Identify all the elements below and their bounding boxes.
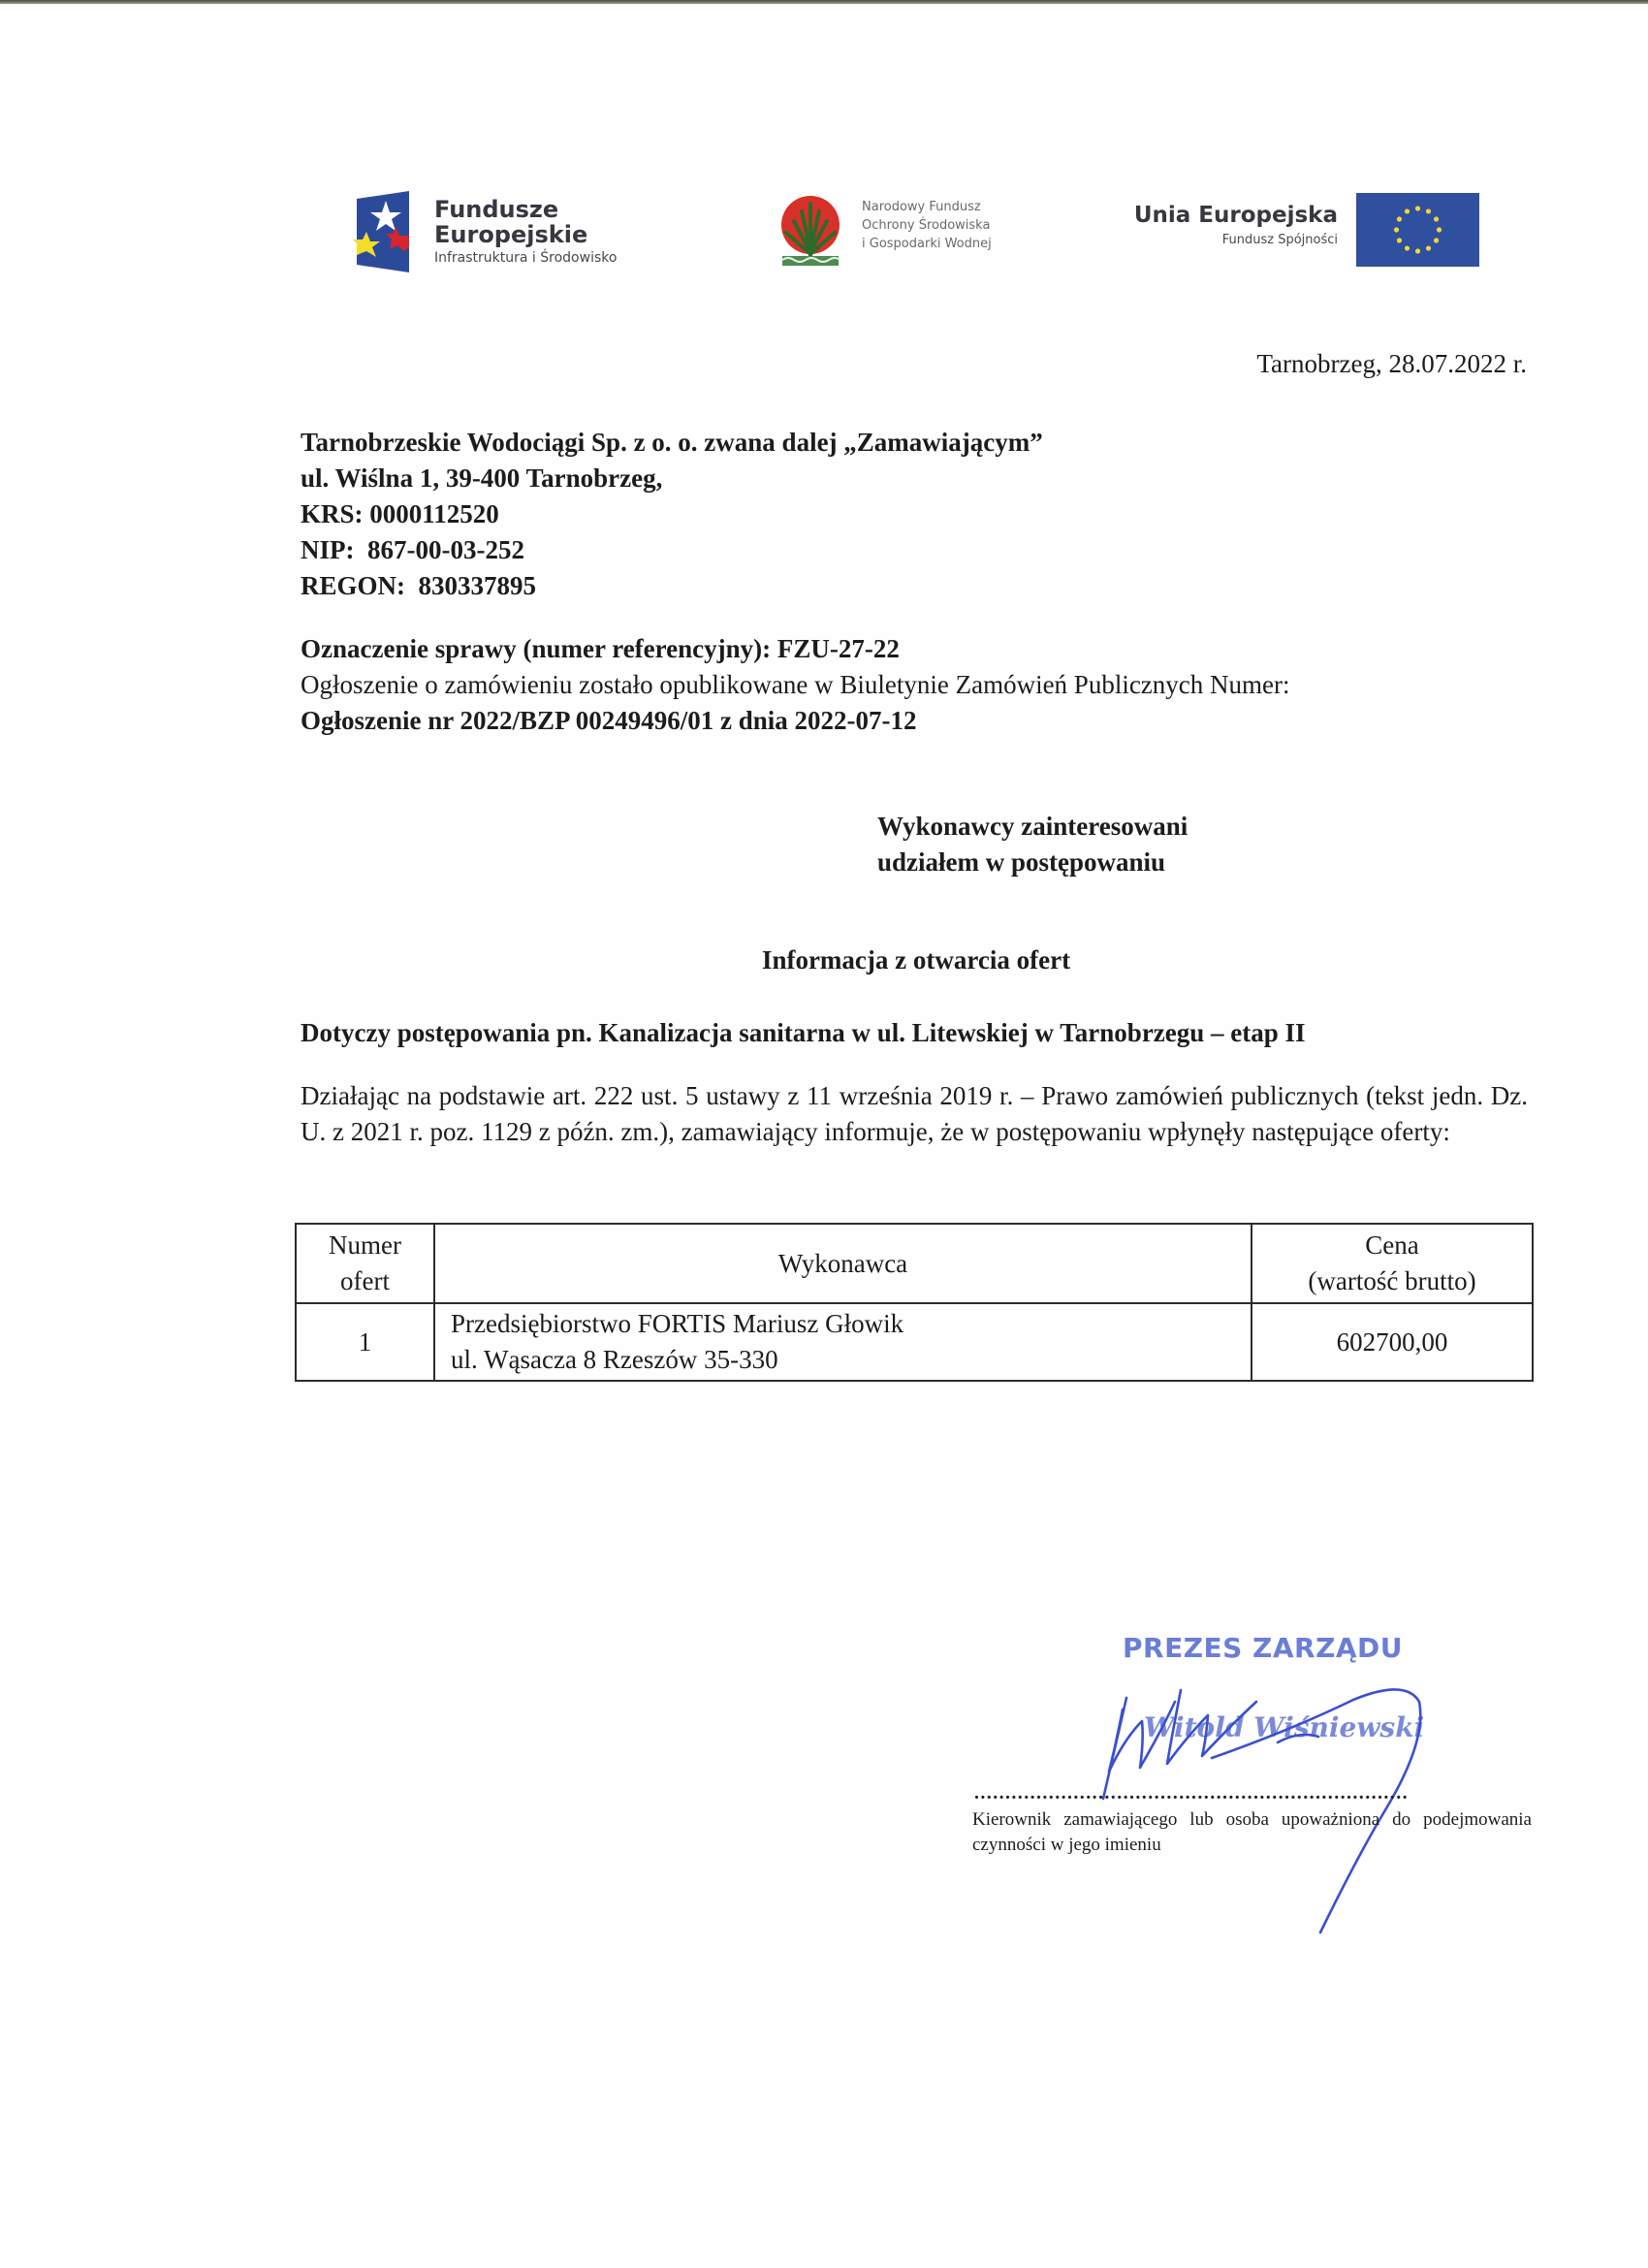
legal-basis-paragraph: Działając na podstawie art. 222 ust. 5 u… xyxy=(301,1078,1528,1150)
orderer-regon: REGON: 830337895 xyxy=(301,568,1043,604)
header-price: Cena (wartość brutto) xyxy=(1252,1224,1533,1303)
document-date: Tarnobrzeg, 28.07.2022 r. xyxy=(1256,349,1527,379)
fe-line3: Infrastruktura i Środowisko xyxy=(434,247,617,269)
signature-caption: Kierownik zamawiającego lub osoba upoważ… xyxy=(972,1784,1532,1858)
reference-block: Oznaczenie sprawy (numer referencyjny): … xyxy=(301,631,1290,739)
scan-edge xyxy=(0,0,1648,4)
notice-number: Ogłoszenie nr 2022/BZP 00249496/01 z dni… xyxy=(301,703,1290,739)
offer-number: 1 xyxy=(296,1303,434,1381)
recipient-block: Wykonawcy zainteresowani udziałem w post… xyxy=(877,809,1188,880)
procedure-subject: Dotyczy postępowania pn. Kanalizacja san… xyxy=(301,1018,1306,1048)
nfosigw-logo: Narodowy Fundusz Ochrony Środowiska i Go… xyxy=(780,194,1071,272)
offer-price: 602700,00 xyxy=(1252,1303,1533,1381)
fundusze-europejskie-flag-icon xyxy=(353,191,409,272)
orderer-block: Tarnobrzeskie Wodociągi Sp. z o. o. zwan… xyxy=(301,425,1043,604)
orderer-krs: KRS: 0000112520 xyxy=(301,496,1043,532)
table-row: 1 Przedsiębiorstwo FORTIS Mariusz Głowik… xyxy=(296,1303,1533,1381)
header-price-line2: (wartość brutto) xyxy=(1308,1266,1475,1295)
offer-contractor: Przedsiębiorstwo FORTIS Mariusz Głowik u… xyxy=(434,1303,1252,1381)
contractor-address: ul. Wąsacza 8 Rzeszów 35-330 xyxy=(451,1345,778,1374)
orderer-address: ul. Wiślna 1, 39-400 Tarnobrzeg, xyxy=(301,461,1043,496)
ue-line2: Fundusz Spójności xyxy=(1134,230,1338,251)
header-number-line1: Numer xyxy=(329,1230,401,1260)
fe-line2: Europejskie xyxy=(434,222,617,247)
header-price-line1: Cena xyxy=(1365,1230,1418,1260)
nf-line3: i Gospodarki Wodnej xyxy=(862,235,992,253)
nfosigw-emblem-icon xyxy=(780,194,840,268)
header-number-line2: ofert xyxy=(340,1266,390,1295)
contractor-name: Przedsiębiorstwo FORTIS Mariusz Głowik xyxy=(451,1309,903,1338)
fe-line1: Fundusze xyxy=(434,197,617,222)
case-reference: Oznaczenie sprawy (numer referencyjny): … xyxy=(301,631,1290,667)
publication-note: Ogłoszenie o zamówieniu zostało opubliko… xyxy=(301,667,1290,703)
recipient-line1: Wykonawcy zainteresowani xyxy=(877,809,1188,845)
fundusze-europejskie-logo: Fundusze Europejskie Infrastruktura i Śr… xyxy=(353,189,741,276)
unia-europejska-logo: Unia Europejska Fundusz Spójności xyxy=(1105,191,1493,272)
ue-line1: Unia Europejska xyxy=(1134,201,1338,230)
header-offer-number: Numer ofert xyxy=(296,1224,434,1303)
document-title: Informacja z otwarcia ofert xyxy=(0,945,1648,975)
offers-table: Numer ofert Wykonawca Cena (wartość brut… xyxy=(295,1223,1534,1382)
nf-line2: Ochrony Środowiska xyxy=(862,216,992,235)
header-contractor: Wykonawca xyxy=(434,1224,1252,1303)
stamp-title: PREZES ZARZĄDU xyxy=(1123,1632,1403,1664)
recipient-line2: udziałem w postępowaniu xyxy=(877,845,1188,880)
nf-line1: Narodowy Fundusz xyxy=(862,198,992,216)
orderer-nip: NIP: 867-00-03-252 xyxy=(301,532,1043,568)
eu-flag-icon xyxy=(1356,193,1479,267)
orderer-name: Tarnobrzeskie Wodociągi Sp. z o. o. zwan… xyxy=(301,425,1043,461)
table-header-row: Numer ofert Wykonawca Cena (wartość brut… xyxy=(296,1224,1533,1303)
